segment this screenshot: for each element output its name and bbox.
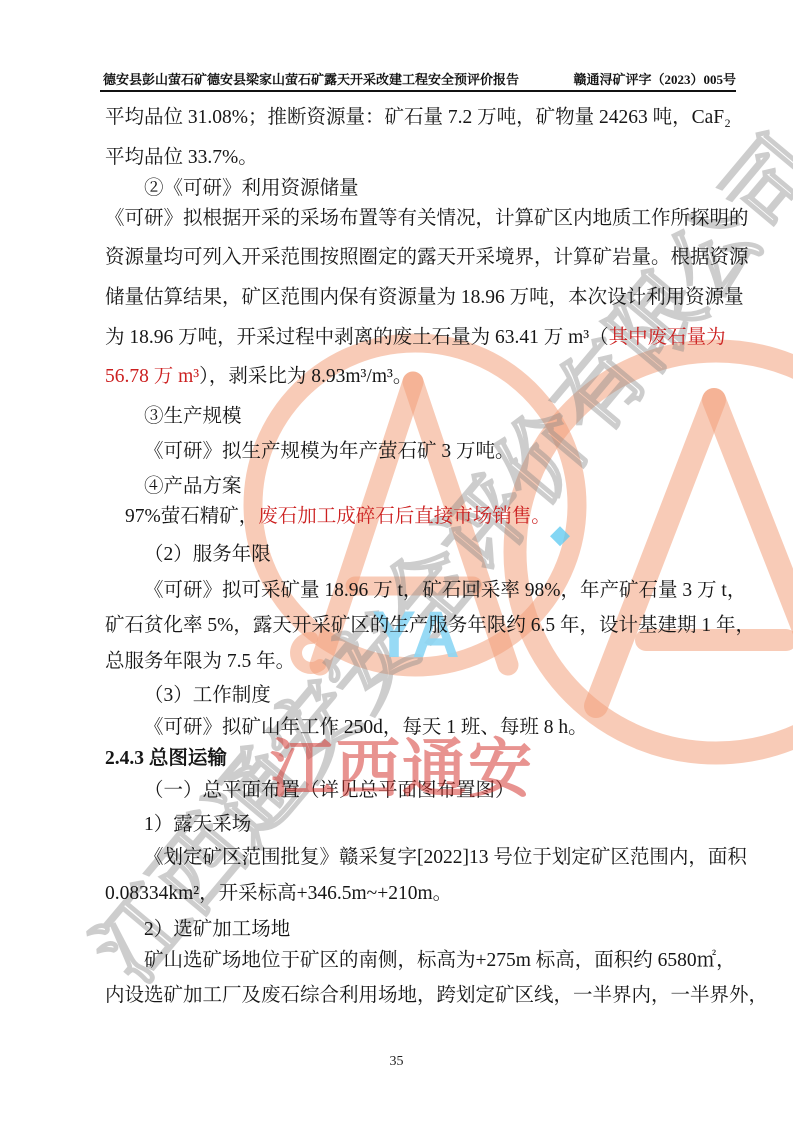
body-line: 平均品位 31.08%；推断资源量：矿石量 7.2 万吨，矿物量 24263 吨… <box>105 106 753 130</box>
page-header: 德安县彭山萤石矿德安县梁家山萤石矿露天开采改建工程安全预评价报告 赣通浔矿评字（… <box>100 64 736 92</box>
body-line: 《可研》拟根据开采的采场布置等有关情况，计算矿区内地质工作所探明的 <box>105 207 753 231</box>
body-line: （3）工作制度 <box>105 684 792 708</box>
body-line: 为 18.96 万吨，开采过程中剥离的废土石量为 63.41 万 m³（其中废石… <box>105 326 753 350</box>
body-line-segment: 97%萤石精矿， <box>125 506 258 527</box>
body-line: 储量估算结果，矿区范围内保有资源量为 18.96 万吨，本次设计利用资源量 <box>105 286 753 310</box>
document-page: 江西通安安全评价有限公司 YA ◆ 江西通安 德安县彭山萤石矿德安县梁家山萤石矿… <box>0 0 793 1122</box>
body-line: （2）服务年限 <box>105 543 792 567</box>
body-line: 《可研》拟生产规模为年产萤石矿 3 万吨。 <box>105 440 792 464</box>
header-report-title: 德安县彭山萤石矿德安县梁家山萤石矿露天开采改建工程安全预评价报告 <box>103 69 519 88</box>
body-line: 资源量均可列入开采范围按照圈定的露天开采境界，计算矿岩量。根据资源 <box>105 246 753 270</box>
section-heading: 2.4.3 总图运输 <box>105 747 753 771</box>
body-line: 1）露天采场 <box>105 813 792 837</box>
body-line: ④产品方案 <box>105 475 792 499</box>
body-line-segment: ），剥采比为 8.93m³/m³。 <box>199 366 412 387</box>
body-line: ③生产规模 <box>105 405 792 429</box>
page-number: 35 <box>0 1054 793 1070</box>
body-line: 《可研》拟矿山年工作 250d，每天 1 班、每班 8 h。 <box>105 716 792 740</box>
body-line: 《可研》拟可采矿量 18.96 万 t，矿石回采率 98%，年产矿石量 3 万 … <box>105 579 792 603</box>
body-line: 0.08334km²，开采标高+346.5m~+210m。 <box>105 882 753 906</box>
body-line: （一）总平面布置（详见总平面图布置图） <box>105 779 792 803</box>
body-line: 矿山选矿场地位于矿区的南侧，标高为+275m 标高，面积约 6580㎡， <box>105 949 792 973</box>
body-line-segment-red: 废石加工成碎石后直接市场销售。 <box>258 506 551 527</box>
body-line: 《划定矿区范围批复》赣采复字[2022]13 号位于划定矿区范围内，面积 <box>105 846 792 870</box>
body-line: 2）选矿加工场地 <box>105 918 792 942</box>
body-line-segment: 为 18.96 万吨，开采过程中剥离的废土石量为 63.41 万 m³（ <box>105 327 609 348</box>
header-document-number: 赣通浔矿评字（2023）005号 <box>573 69 736 88</box>
body-line: 总服务年限为 7.5 年。 <box>105 650 753 674</box>
body-line: 97%萤石精矿，废石加工成碎石后直接市场销售。 <box>105 505 773 529</box>
body-line-segment-red: 56.78 万 m³ <box>105 366 199 387</box>
body-line: 矿石贫化率 5%，露天开采矿区的生产服务年限约 6.5 年，设计基建期 1 年， <box>105 614 753 638</box>
body-line-segment-red: 其中废石量为 <box>609 327 726 348</box>
body-line: ②《可研》利用资源储量 <box>105 177 792 201</box>
body-line: 56.78 万 m³），剥采比为 8.93m³/m³。 <box>105 365 753 389</box>
body-line: 平均品位 33.7%。 <box>105 146 753 170</box>
body-line: 内设选矿加工厂及废石综合利用场地，跨划定矿区线，一半界内，一半界外， <box>105 984 753 1008</box>
